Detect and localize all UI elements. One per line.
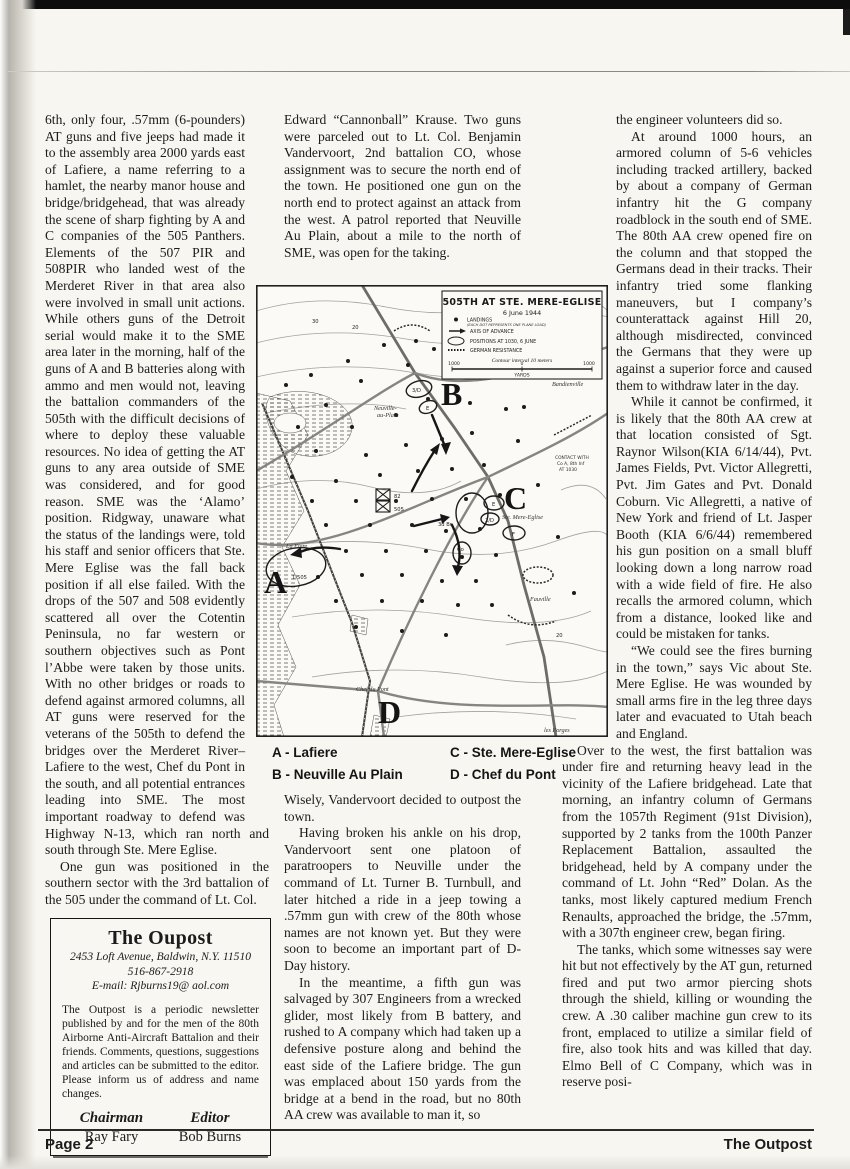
landing-dot	[456, 603, 460, 607]
unit-label: E	[426, 406, 429, 412]
unit-label: 30	[312, 319, 319, 325]
landing-dot	[400, 573, 404, 577]
landing-dot	[324, 523, 328, 527]
unit-label: 20	[352, 325, 359, 331]
map-date: 6 June 1944	[503, 309, 541, 317]
publication-name: The Outpost	[724, 1136, 812, 1153]
place-label: Fauville	[529, 596, 551, 603]
map-intrusion-spacer	[562, 283, 616, 737]
scale-left: 1000	[448, 361, 460, 367]
landing-dot	[464, 497, 468, 501]
role-editor: Editor Bob Burns	[179, 1110, 241, 1146]
landing-dot	[474, 579, 478, 583]
scale-unit: YARDS	[513, 373, 529, 379]
paragraph: One gun was positioned in the southern s…	[45, 859, 269, 909]
role-title: Chairman	[80, 1110, 143, 1127]
unit-label: E	[492, 502, 495, 508]
landing-dot	[440, 437, 444, 441]
landing-dot	[516, 439, 520, 443]
scan-crease-line	[8, 71, 850, 72]
landing-dot	[384, 549, 388, 553]
landing-dot	[344, 549, 348, 553]
map-svg: ABCD Neuville-au-PlainBandienvilleSte. M…	[256, 285, 608, 737]
landing-dot	[504, 407, 508, 411]
landing-dot	[468, 401, 472, 405]
landing-dot	[490, 603, 494, 607]
landing-dot	[310, 499, 314, 503]
paragraph: Wisely, Vandervoort decided to outpost t…	[284, 792, 521, 825]
role-title: Editor	[179, 1110, 241, 1127]
column-2-lower: Wisely, Vandervoort decided to outpost t…	[284, 792, 521, 1124]
landing-dot	[470, 431, 474, 435]
landing-dot	[406, 363, 410, 367]
landing-dot	[360, 573, 364, 577]
role-name: Bob Burns	[179, 1129, 241, 1146]
landing-dot	[334, 479, 338, 483]
landing-dot	[522, 405, 526, 409]
landing-dot	[432, 347, 436, 351]
map-figure: ABCD Neuville-au-PlainBandienvilleSte. M…	[256, 285, 608, 737]
landing-dot	[354, 499, 358, 503]
landing-dot	[426, 397, 430, 401]
newsletter-description: The Outpost is a periodic newsletter pub…	[62, 1003, 259, 1101]
landing-dot	[378, 473, 382, 477]
landing-dot	[444, 633, 448, 637]
landing-dot	[556, 535, 560, 539]
newsletter-address: 2453 Loft Avenue, Baldwin, N.Y. 11510	[62, 950, 259, 965]
column-1: 6th, only four, .57mm (6-pounders) AT gu…	[45, 112, 269, 909]
landing-dot	[478, 527, 482, 531]
place-label: Chef du Pont	[356, 686, 389, 693]
landing-dot	[450, 467, 454, 471]
landing-dot	[404, 443, 408, 447]
landing-dot	[346, 359, 350, 363]
landing-dot	[416, 469, 420, 473]
scan-bottom-shade	[0, 1155, 850, 1169]
landing-dot	[324, 403, 328, 407]
footer-rule	[38, 1129, 814, 1131]
place-label: Ste. Mere-Eglise	[502, 514, 543, 521]
landing-dot	[400, 629, 404, 633]
paragraph: Over to the west, the first battalion wa…	[562, 743, 812, 942]
landing-dot	[424, 549, 428, 553]
landing-dot	[296, 425, 300, 429]
landing-dot	[368, 523, 372, 527]
page-number: Page 2	[45, 1136, 93, 1153]
map-key-item: B - Neuville Au Plain	[272, 764, 450, 786]
legend-axis-label: AXIS OF ADVANCE	[470, 329, 514, 335]
unit-label: 2/D	[485, 518, 494, 524]
landing-dot	[494, 553, 498, 557]
place-label: La Fiere	[285, 543, 308, 550]
map-letter-B: B	[441, 376, 462, 412]
map-letter-A: A	[264, 564, 287, 600]
paragraph: The tanks, which some witnesses say were…	[562, 942, 812, 1091]
newsletter-email: E-mail: Rjburns19@ aol.com	[62, 979, 259, 994]
landing-dot	[309, 373, 313, 377]
landing-dot	[410, 523, 414, 527]
unit-label: 3d Bn	[438, 522, 453, 528]
newsletter-phone: 516-867-2918	[62, 965, 259, 980]
landing-dot	[354, 625, 358, 629]
landing-dot	[444, 529, 448, 533]
legend-landings-sub: (EACH DOT REPRESENTS ONE PLANE LOAD)	[467, 323, 547, 327]
map-key-legend: A - Lafiere B - Neuville Au Plain C - St…	[272, 742, 612, 786]
landing-dot	[382, 343, 386, 347]
landing-dot	[314, 449, 318, 453]
column-2-upper: Edward “Cannonball” Krause. Two guns wer…	[284, 112, 521, 261]
map-letter-D: D	[378, 694, 401, 730]
landing-dot	[420, 599, 424, 603]
landing-dot	[498, 493, 502, 497]
landing-dot	[350, 425, 354, 429]
landing-dot	[316, 575, 320, 579]
landing-dot	[440, 579, 444, 583]
scanned-newsletter-page: 6th, only four, .57mm (6-pounders) AT gu…	[0, 0, 850, 1169]
landing-dot	[536, 483, 540, 487]
legend-positions-label: POSITIONS AT 1030, 6 JUNE	[470, 339, 536, 345]
unit-label: 1/505	[292, 575, 307, 581]
map-key-item: A - Lafiere	[272, 742, 450, 764]
place-label: Neuville-	[373, 405, 397, 412]
unit-label: 3/D	[412, 388, 421, 394]
landing-dot	[430, 497, 434, 501]
paragraph: the engineer volunteers did so.	[562, 112, 812, 129]
landing-dot	[334, 599, 338, 603]
landing-dot	[359, 379, 363, 383]
scale-mid: 0	[521, 361, 524, 367]
unit-label: 82	[394, 494, 401, 500]
paragraph: Edward “Cannonball” Krause. Two guns wer…	[284, 112, 521, 261]
scan-top-edge	[0, 0, 850, 9]
unit-label: F	[512, 532, 515, 538]
newsletter-info-box: The Oupost 2453 Loft Avenue, Baldwin, N.…	[50, 918, 271, 1156]
scan-corner-mark	[843, 9, 850, 35]
landing-dot	[284, 383, 288, 387]
landing-dot	[364, 453, 368, 457]
landing-dot	[290, 475, 294, 479]
paragraph: 6th, only four, .57mm (6-pounders) AT gu…	[45, 112, 269, 859]
map-engineer-symbols	[376, 489, 390, 512]
map-letter-C: C	[504, 480, 527, 516]
map-key-left: A - Lafiere B - Neuville Au Plain	[272, 742, 450, 786]
newsletter-title: The Oupost	[62, 927, 259, 950]
legend-german-label: GERMAN RESISTANCE	[470, 348, 522, 354]
scan-gutter-shadow	[0, 0, 36, 1169]
paragraph: Having broken his ankle on his drop, Van…	[284, 825, 521, 974]
legend-dot-symbol	[454, 318, 458, 322]
landing-dot	[380, 599, 384, 603]
paragraph: In the meantime, a fifth gun was salvage…	[284, 975, 521, 1124]
landing-dot	[414, 339, 418, 343]
place-label: au-Plain	[377, 412, 399, 419]
unit-label: Co	[457, 547, 464, 553]
landing-dot	[482, 463, 486, 467]
unit-label: 505	[394, 507, 404, 513]
column-3: the engineer volunteers did so. At aroun…	[562, 112, 812, 1091]
